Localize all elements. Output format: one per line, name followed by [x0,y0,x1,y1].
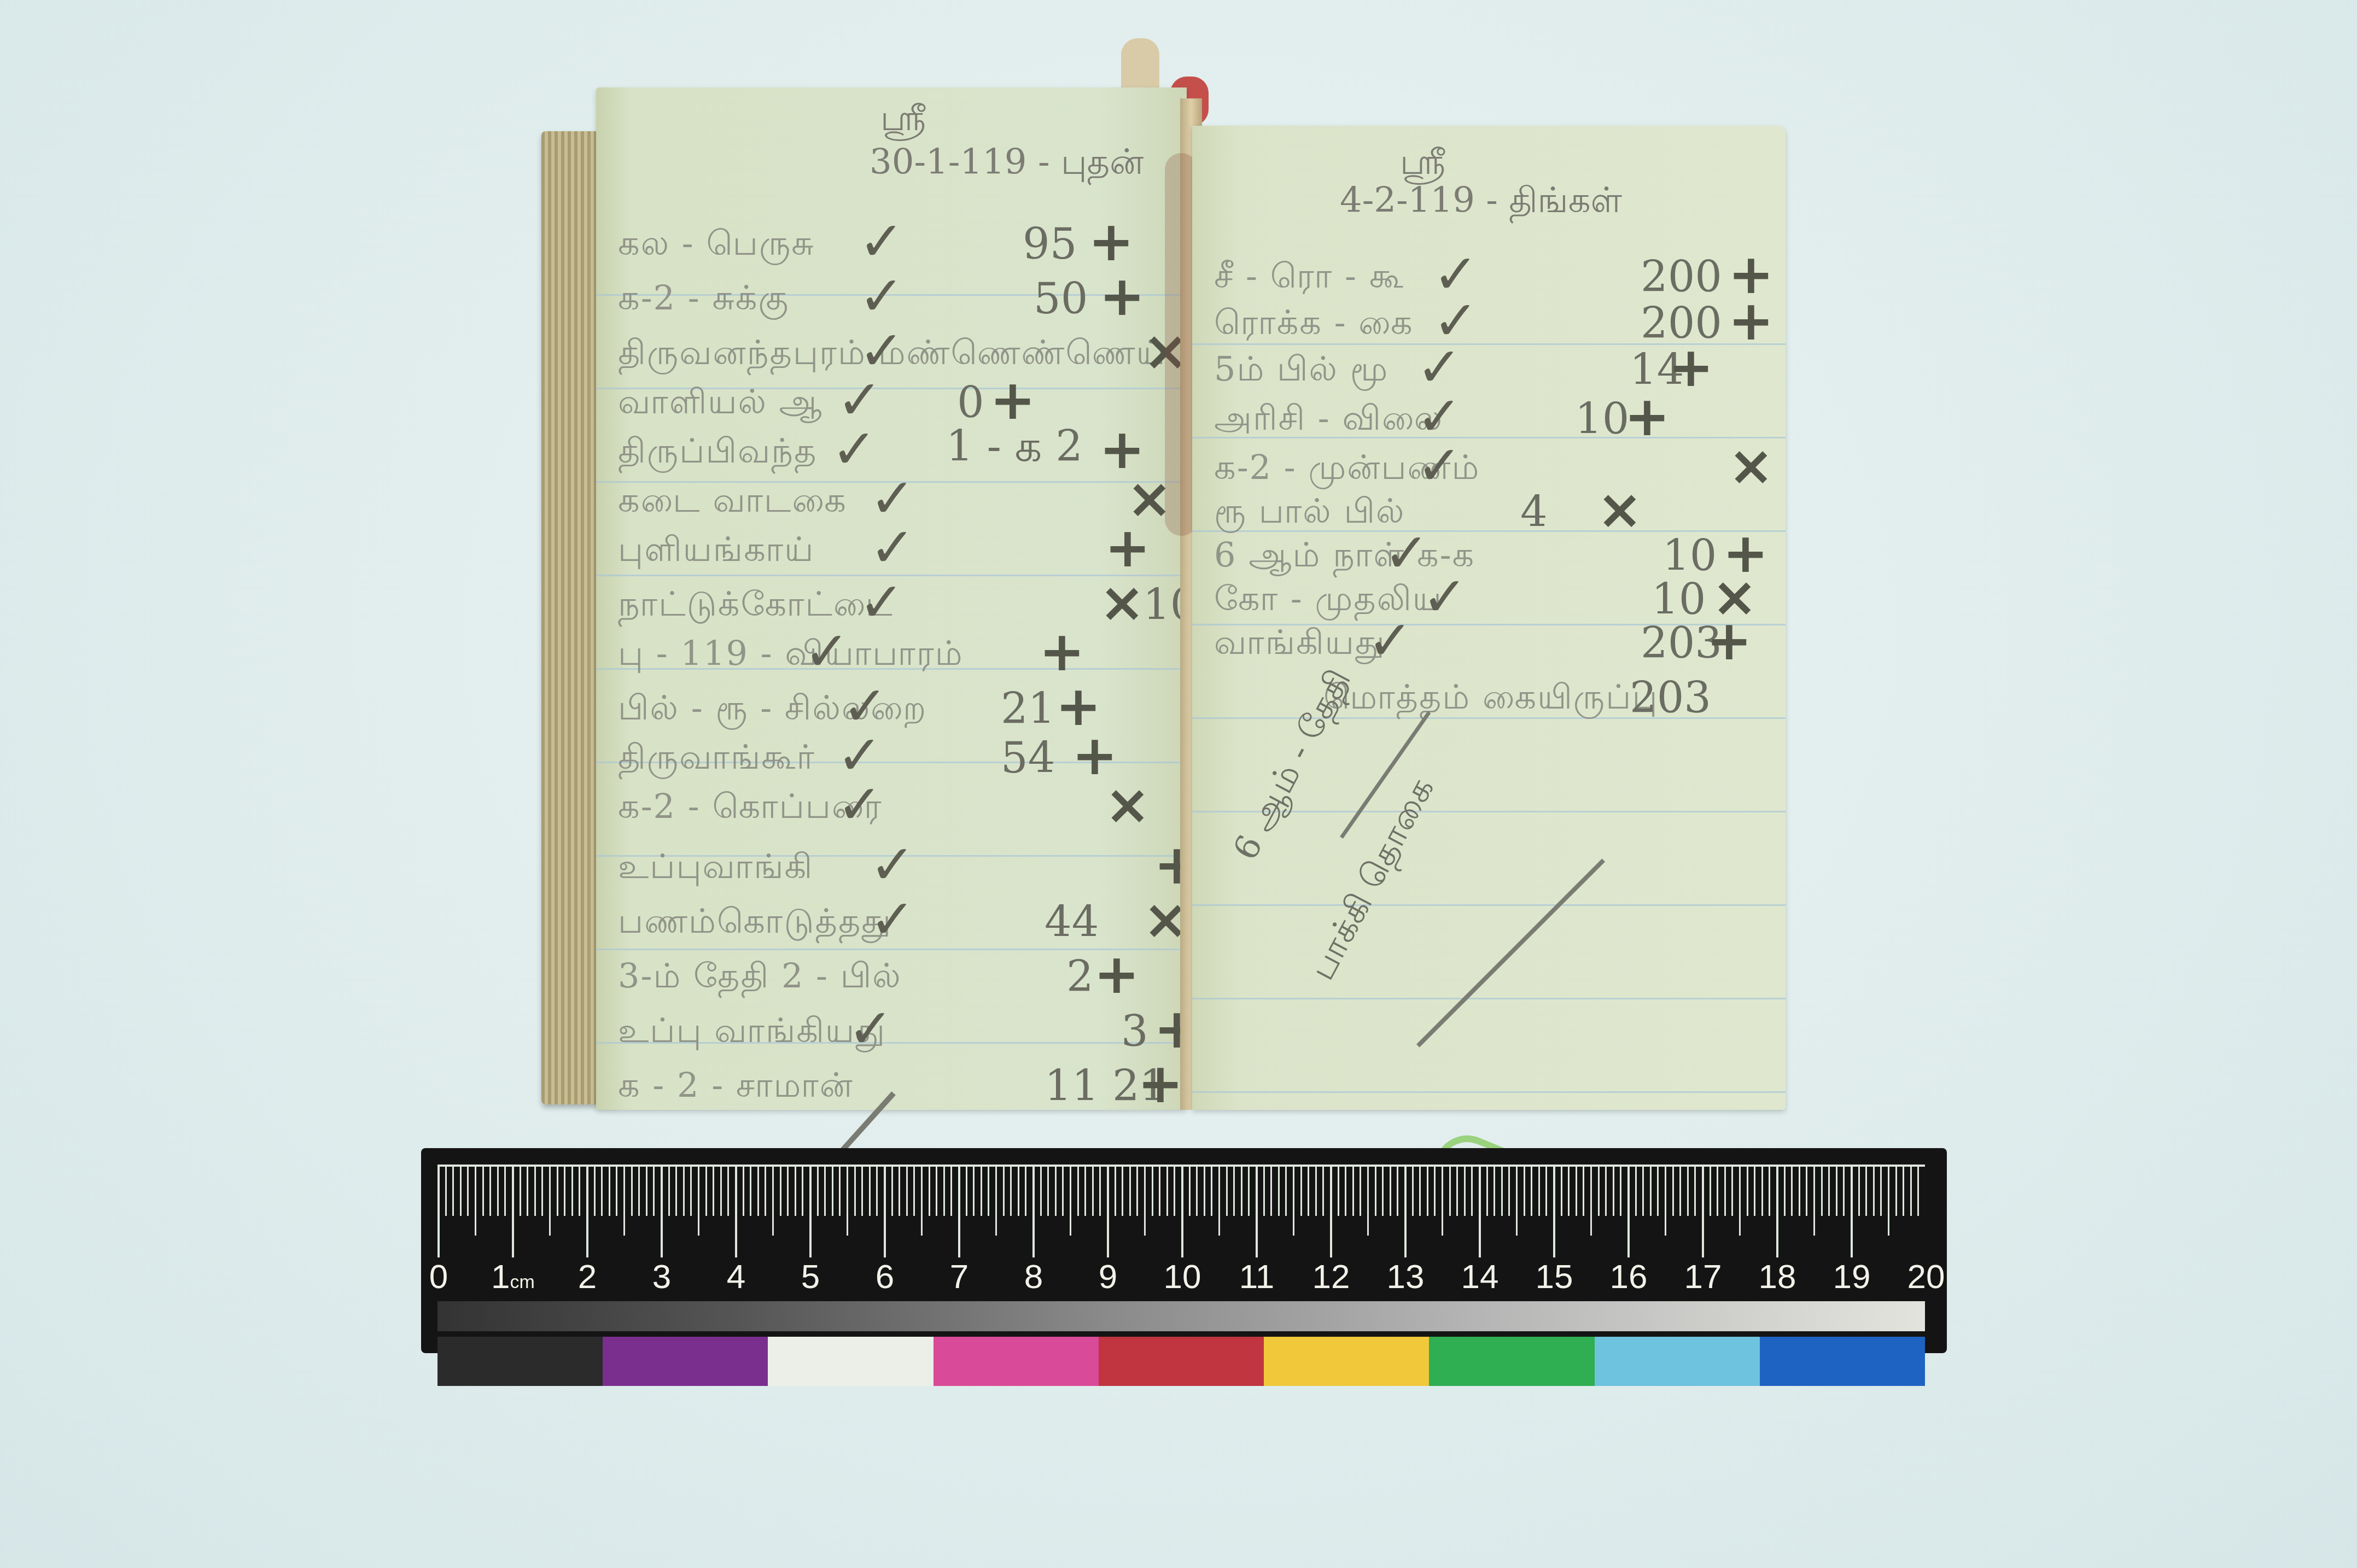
patch-cyan [1595,1337,1760,1386]
right-header-date: 4-2-119 - திங்கள் [1340,180,1622,225]
patch-magenta [934,1337,1099,1386]
patch-blue [1760,1337,1925,1386]
ruler-numbers: 0 1cm 2 3 4 5 6 7 8 9 10 11 12 13 14 15 … [421,1257,1947,1296]
centimeter-ticks [437,1165,1925,1257]
gray-ramp [437,1301,1925,1331]
patch-red [1099,1337,1264,1386]
patch-purple [603,1337,768,1386]
patch-white [768,1337,933,1386]
scale-ruler: 0 1cm 2 3 4 5 6 7 8 9 10 11 12 13 14 15 … [421,1148,1947,1353]
ledger-line: க - 2 - சாமான்11 21+ [618,1039,1170,1121]
right-page: ஸ்ரீ 4-2-119 - திங்கள் சீ - ரொ - கூ✓200+… [1192,126,1786,1110]
patch-yellow [1264,1337,1429,1386]
patch-green [1429,1337,1594,1386]
left-header-date: 30-1-119 - புதன் [870,142,1144,187]
color-patches [437,1337,1925,1386]
total-line: மொத்தம் கையிருப்பு203 [1323,651,1769,733]
patch-black [437,1337,603,1386]
notebook: ஸ்ரீ 30-1-119 - புதன் கல - பெருசு✓95+ க-… [541,87,1794,1115]
left-header-symbol: ஸ்ரீ [880,98,926,143]
left-page: ஸ்ரீ 30-1-119 - புதன் கல - பெருசு✓95+ க-… [596,87,1187,1110]
